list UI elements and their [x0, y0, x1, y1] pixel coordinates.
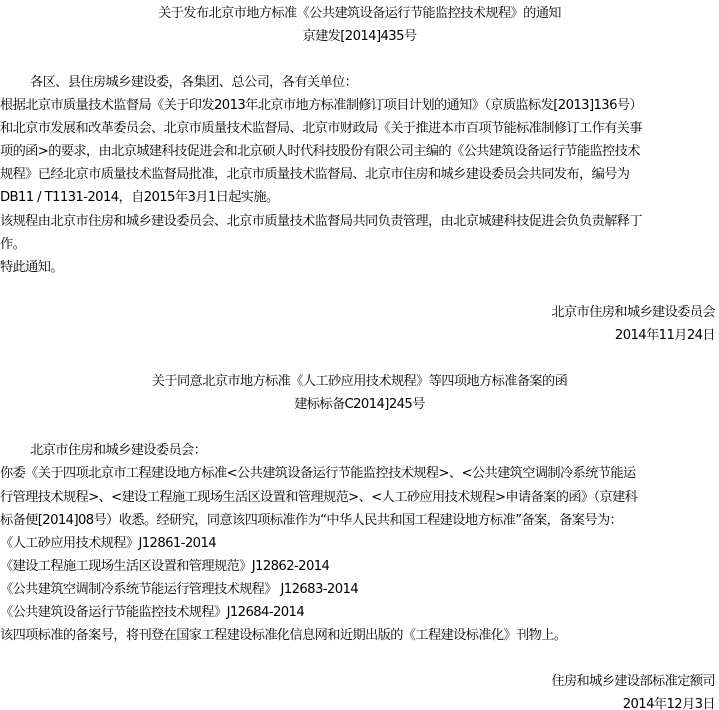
- standard-item: 《人工砂应用技术规程》J12861-2014: [0, 532, 719, 555]
- standard-item: 《公共建筑空调制冷系统节能运行管理技术规程》 J12683-2014: [0, 578, 719, 601]
- notice1-date: 2014年11月24日: [0, 324, 715, 347]
- notice1-body-line: 作。: [0, 233, 719, 256]
- notice1-body-line: DB11 / T1131-2014，自2015年3月1日起实施。: [0, 186, 719, 209]
- notice1-body-line: 项的函>的要求，由北京城建科技促进会和北京硕人时代科技股份有限公司主编的《公共建…: [0, 140, 719, 163]
- notice2-title: 关于同意北京市地方标准《人工砂应用技术规程》等四项地方标准备案的函: [0, 370, 719, 393]
- notice2-body-line: 标备便[2014]08号）收悉。经研究，同意该四项标准作为“中华人民共和国工程建…: [0, 509, 719, 532]
- standard-item: 《公共建筑设备运行节能监控技术规程》J12684-2014: [0, 601, 719, 624]
- notice1-body-line: 和北京市发展和改革委员会、北京市质量技术监督局、北京市财政局《关于推进本市百项节…: [0, 117, 719, 140]
- notice2-date: 2014年12月3日: [0, 693, 715, 710]
- notice1-signature: 北京市住房和城乡建设委员会: [0, 301, 715, 324]
- notice1-title: 关于发布北京市地方标准《公共建筑设备运行节能监控技术规程》的通知: [0, 2, 719, 25]
- notice1-body-line: 该规程由北京市住房和城乡建设委员会、北京市质量技术监督局共同负责管理，由北京城建…: [0, 210, 719, 233]
- standard-item: 《建设工程施工现场生活区设置和管理规范》J12862-2014: [0, 555, 719, 578]
- notice1-doc-number: 京建发[2014]435号: [0, 25, 719, 48]
- notice1-body-line: 规程》已经北京市质量技术监督局批准，北京市质量技术监督局、北京市住房和城乡建设委…: [0, 163, 719, 186]
- notice2-body-line: 行管理技术规程>、<建设工程施工现场生活区设置和管理规范>、<人工砂应用技术规程…: [0, 486, 719, 509]
- notice1-salutation: 各区、县住房城乡建设委，各集团、总公司，各有关单位：: [0, 71, 719, 94]
- notice1-body-line: 根据北京市质量技术监督局《关于印发2013年北京市地方标准制修订项目计划的通知》…: [0, 94, 719, 117]
- notice1-body-line: 特此通知。: [0, 256, 719, 279]
- notice2-signature: 住房和城乡建设部标准定额司: [0, 670, 715, 693]
- notice2-body-line: 你委《关于四项北京市工程建设地方标准<公共建筑设备运行节能监控技术规程>、<公共…: [0, 462, 719, 485]
- notice2-doc-number: 建标标备C2014]245号: [0, 393, 719, 416]
- notice2-salutation: 北京市住房和城乡建设委员会：: [0, 439, 719, 462]
- notice2-closing: 该四项标准的备案号，将刊登在国家工程建设标准化信息网和近期出版的《工程建设标准化…: [0, 624, 719, 647]
